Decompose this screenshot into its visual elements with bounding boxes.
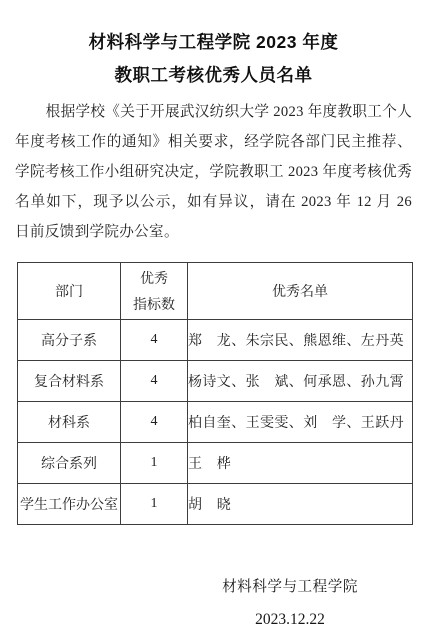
header-dept: 部门 — [18, 262, 121, 319]
document-title-line1: 材料科学与工程学院 2023 年度 — [15, 26, 412, 59]
names-cell: 胡 晓 — [188, 483, 413, 524]
table-header-row: 部门 优秀 指标数 优秀名单 — [18, 262, 413, 319]
table-row: 高分子系 4 郑 龙、朱宗民、熊恩维、左丹英 — [18, 319, 413, 360]
header-quota: 优秀 指标数 — [121, 262, 188, 319]
quota-cell: 1 — [121, 483, 188, 524]
signature-block: 材料科学与工程学院 2023.12.22 — [180, 577, 400, 631]
header-names: 优秀名单 — [188, 262, 413, 319]
quota-cell: 4 — [121, 360, 188, 401]
document-title-line2: 教职工考核优秀人员名单 — [15, 59, 412, 92]
body-paragraph: 根据学校《关于开展武汉纺织大学 2023 年度教职工个人年度考核工作的通知》相关… — [15, 97, 412, 247]
quota-cell: 1 — [121, 442, 188, 483]
names-cell: 柏自奎、王雯雯、刘 学、王跃丹 — [188, 401, 413, 442]
table-row: 材科系 4 柏自奎、王雯雯、刘 学、王跃丹 — [18, 401, 413, 442]
header-quota-line2: 指标数 — [121, 291, 187, 317]
document-page: 材料科学与工程学院 2023 年度 教职工考核优秀人员名单 根据学校《关于开展武… — [0, 0, 427, 636]
signature-org: 材料科学与工程学院 — [180, 577, 400, 597]
dept-cell: 复合材料系 — [18, 360, 121, 401]
quota-cell: 4 — [121, 319, 188, 360]
signature-date: 2023.12.22 — [180, 609, 400, 631]
dept-cell: 学生工作办公室 — [18, 483, 121, 524]
quota-cell: 4 — [121, 401, 188, 442]
table-row: 综合系列 1 王 桦 — [18, 442, 413, 483]
dept-cell: 综合系列 — [18, 442, 121, 483]
evaluation-table: 部门 优秀 指标数 优秀名单 高分子系 4 郑 龙、朱宗民、熊恩维、左丹英 复合… — [17, 262, 413, 525]
dept-cell: 高分子系 — [18, 319, 121, 360]
header-quota-line1: 优秀 — [121, 265, 187, 291]
names-cell: 王 桦 — [188, 442, 413, 483]
table-row: 学生工作办公室 1 胡 晓 — [18, 483, 413, 524]
table-row: 复合材料系 4 杨诗文、张 斌、何承恩、孙九霄 — [18, 360, 413, 401]
dept-cell: 材科系 — [18, 401, 121, 442]
names-cell: 郑 龙、朱宗民、熊恩维、左丹英 — [188, 319, 413, 360]
names-cell: 杨诗文、张 斌、何承恩、孙九霄 — [188, 360, 413, 401]
